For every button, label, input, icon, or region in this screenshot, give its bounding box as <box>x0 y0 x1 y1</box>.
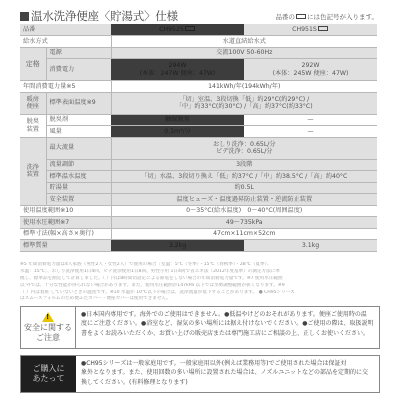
label-weight: 標準質量 <box>20 240 111 252</box>
color-box-icon <box>318 26 328 31</box>
label-tank: 貯湯量 <box>46 182 111 194</box>
note-suffix: には色記号が入ります。 <box>307 13 378 21</box>
row-pressure-range: 使用水圧範囲※7 49〜735kPa <box>20 217 377 229</box>
value-dimensions: 47cm×11cm×52cm <box>111 228 377 240</box>
purchase-title-2: あたって <box>33 374 65 384</box>
value-pressure-range: 49〜735kPa <box>111 217 377 229</box>
group-deodorizer-2: 装置 <box>23 126 43 133</box>
max-flow-line-1: おしり洗浄：0.65L/分 <box>115 141 375 148</box>
value-power-ch952: 294W(本体：247W 便座：47W) <box>111 59 244 81</box>
footnote-line: 以 外では、十分な性能が得られない場合があります。また、使用水圧範囲が147kP… <box>20 283 380 290</box>
row-flow-adjust: 流量調節 3段階 <box>20 159 377 171</box>
safety-title-2: ご注意 <box>36 333 60 343</box>
label-pressure-range: 使用水圧範囲※7 <box>20 217 111 229</box>
footnote-line: 水温：15℃］、おしり洗浄使用1日4回、ビデ洗浄使用1日8回、男性小用 1日4回… <box>20 269 380 276</box>
label-flow-adjust: 流量調節 <box>46 159 111 171</box>
group-washing-2: 装置 <box>23 171 43 178</box>
max-flow-line-2: ビデ洗浄：0.65L/分 <box>115 148 375 155</box>
value-water-supply: 水道直結給水式 <box>111 36 377 48</box>
seat-temp-line-2: 「中」約33°C(約30°C) /「高」約37°C(約33°C) <box>115 103 375 110</box>
row-heated-seat: 暖房便座 標準表面温度※9 「切」室温、3段切換「低」約29°C(約29°C) … <box>20 92 377 114</box>
color-code-note: 品番のには色記号が入ります。 <box>276 12 378 21</box>
value-safety-device: 温度ヒューズ・温度過昇防止装置・逆流防止装置 <box>111 194 377 206</box>
value-tank: 約0.5L <box>111 182 377 194</box>
value-airflow-ch952: 0.1m³/分 <box>111 126 244 138</box>
row-model: 品番 CH952S CH951S <box>20 24 377 36</box>
safety-title-1: 安全に関する <box>24 323 72 333</box>
row-dimensions: 標準寸法(幅×高さ×奥行) 47cm×11cm×52cm <box>20 228 377 240</box>
row-power-consumption: 消費電力 294W(本体：247W 便座：47W) 292W(本体：245W 便… <box>20 59 377 81</box>
group-deodorizer: 脱臭装置 <box>20 114 46 137</box>
label-water-temp: 標準温水温度 <box>46 171 111 183</box>
value-airflow-ch951: — <box>244 126 377 138</box>
power-ch952-detail: (本体：247W 便座：47W) <box>114 70 241 77</box>
row-weight: 標準質量 3.2kg 3.1kg <box>20 240 377 252</box>
safety-notice-body: ●日本国内専用です。海外でのご使用はできません。●低温やけどのおそれがあります。… <box>76 307 379 348</box>
row-deodorizer-agent: 脱臭装置 脱臭剤 触媒脱臭 — <box>20 114 377 126</box>
note-prefix: 品番の <box>276 13 296 21</box>
seat-temp-line-1: 「切」室温、3段切換「低」約29°C(約29°C) / <box>115 96 375 103</box>
model-ch952: CH952S <box>111 24 244 36</box>
label-temp-range: 使用温度範囲※10 <box>20 205 111 217</box>
footnote-line: はスムースフォルムのため便ふたカバー・便座カバーは使用できません。 <box>20 296 380 303</box>
footnote-line: 拠し、標準品を測定して計算しました。（ ）内は8時間切設定による節電をしない場合… <box>20 276 380 283</box>
purchase-line: 換してください。(有料修理となります) <box>81 378 374 387</box>
color-box-icon <box>185 26 195 31</box>
model-ch951: CH951S <box>244 24 377 36</box>
model-ch952-text: CH952S <box>159 26 184 33</box>
label-water-supply: 給水方式 <box>20 36 111 48</box>
row-power-source: 定格 電源 交流100V 50-60Hz <box>20 47 377 59</box>
label-safety-device: 安全装置 <box>46 194 111 206</box>
label-model: 品番 <box>20 24 111 36</box>
group-washing: 洗浄装置 <box>20 137 46 205</box>
footnote-line: （ ）内は着座 していないときの温度です。※10 水温が 10℃以下の場合は、洗… <box>20 290 380 297</box>
group-rating: 定格 <box>20 47 46 81</box>
label-deodorizer-agent: 脱臭剤 <box>46 114 111 126</box>
safety-notice-head: 安全に関する ご注意 <box>21 307 76 348</box>
purchase-notice-head: ご購入に あたって <box>21 356 76 392</box>
purchase-title-1: ご購入に <box>33 364 65 374</box>
row-annual-power: 年間消費電力量※5 141kWh/年(194kWh/年) <box>20 81 377 93</box>
label-power-consumption: 消費電力 <box>46 59 111 81</box>
footnotes: ※5 年間消費電力量は4人家族（男性2人・女性2人）で使用の場合［室温：5℃（冬… <box>20 262 380 303</box>
value-agent-ch951: — <box>244 114 377 126</box>
group-washing-1: 洗浄 <box>23 164 43 171</box>
label-max-flow: 最大流量 <box>46 137 111 159</box>
page-title: 温水洗浄便座〈貯湯式〉仕様 <box>20 8 178 24</box>
label-seat-temp: 標準表面温度※9 <box>46 92 111 114</box>
spec-table: 品番 CH952S CH951S 給水方式 水道直結給水式 定格 電源 交流10… <box>20 24 377 252</box>
group-heated-seat: 暖房便座 <box>20 92 46 114</box>
square-bullet-icon <box>20 12 29 21</box>
value-temp-range: 0〜35°C(給水温度) 0〜40°C(周囲温度) <box>111 205 377 217</box>
value-power-source: 交流100V 50-60Hz <box>111 47 377 59</box>
label-airflow: 風量 <box>46 126 111 138</box>
row-water-temp: 標準温水温度 「切」水温、3段切り換え「低」約37°C /「中」約38.5°C … <box>20 171 377 183</box>
label-dimensions: 標準寸法(幅×高さ×奥行) <box>20 228 111 240</box>
label-annual-power: 年間消費電力量※5 <box>20 81 111 93</box>
group-heated-seat-2: 便座 <box>23 103 43 110</box>
safety-line: 度にご注意ください。●浴室など、湿気の多い場所には据え付けないでください。●ご使… <box>81 319 374 328</box>
value-water-temp: 「切」水温、3段切り換え「低」約37°C /「中」約38.5°C /「高」約40… <box>111 171 377 183</box>
row-tank: 貯湯量 約0.5L <box>20 182 377 194</box>
row-safety-device: 安全装置 温度ヒューズ・温度過昇防止装置・逆流防止装置 <box>20 194 377 206</box>
group-heated-seat-1: 暖房 <box>23 96 43 103</box>
safety-line: ●日本国内専用です。海外でのご使用はできません。●低温やけどのおそれがあります。… <box>81 310 374 319</box>
warning-icon <box>42 312 54 322</box>
purchase-line: ●CH95シリーズは一般家庭用です。一般家庭用以外(例えば業務用等)でご使用され… <box>81 359 374 368</box>
value-seat-temp: 「切」室温、3段切換「低」約29°C(約29°C) /「中」約33°C(約30°… <box>111 92 377 114</box>
row-airflow: 風量 0.1m³/分 — <box>20 126 377 138</box>
power-ch951-main: 292W <box>247 62 374 69</box>
group-deodorizer-1: 脱臭 <box>23 118 43 125</box>
value-weight-ch951: 3.1kg <box>244 240 377 252</box>
footnote-line: ※5 年間消費電力量は4人家族（男性2人・女性2人）で使用の場合［室温：5℃（冬… <box>20 262 380 269</box>
value-flow-adjust: 3段階 <box>111 159 377 171</box>
purchase-notice: ご購入に あたって ●CH95シリーズは一般家庭用です。一般家庭用以外(例えば業… <box>20 355 380 393</box>
value-annual-power: 141kWh/年(194kWh/年) <box>111 81 377 93</box>
title-text: 温水洗浄便座〈貯湯式〉仕様 <box>31 9 178 23</box>
row-max-flow: 洗浄装置 最大流量 おしり洗浄：0.65L/分ビデ洗浄：0.65L/分 <box>20 137 377 159</box>
value-agent-ch952: 触媒脱臭 <box>111 114 244 126</box>
power-ch951-detail: (本体：245W 便座：47W) <box>247 70 374 77</box>
row-water-supply: 給水方式 水道直結給水式 <box>20 36 377 48</box>
label-power-source: 電源 <box>46 47 111 59</box>
row-temp-range: 使用温度範囲※10 0〜35°C(給水温度) 0〜40°C(周囲温度) <box>20 205 377 217</box>
purchase-line: 象外となります。また、使用回数の多い場所に設置された場合は、ノズルユニットなどの… <box>81 368 374 377</box>
model-ch951-text: CH951S <box>292 26 317 33</box>
color-box-icon <box>296 14 306 19</box>
value-power-ch951: 292W(本体：245W 便座：47W) <box>244 59 377 81</box>
value-weight-ch952: 3.2kg <box>111 240 244 252</box>
power-ch952-main: 294W <box>114 62 241 69</box>
safety-line: 書をよくお読みいただくか、お買い上げの販売店または専門施工店にご相談の上、正しく… <box>81 329 374 338</box>
purchase-notice-body: ●CH95シリーズは一般家庭用です。一般家庭用以外(例えば業務用等)でご使用され… <box>76 356 379 392</box>
spec-header: 温水洗浄便座〈貯湯式〉仕様 品番のには色記号が入ります。 <box>20 8 380 24</box>
safety-notice: 安全に関する ご注意 ●日本国内専用です。海外でのご使用はできません。●低温やけ… <box>20 306 380 349</box>
value-max-flow: おしり洗浄：0.65L/分ビデ洗浄：0.65L/分 <box>111 137 377 159</box>
